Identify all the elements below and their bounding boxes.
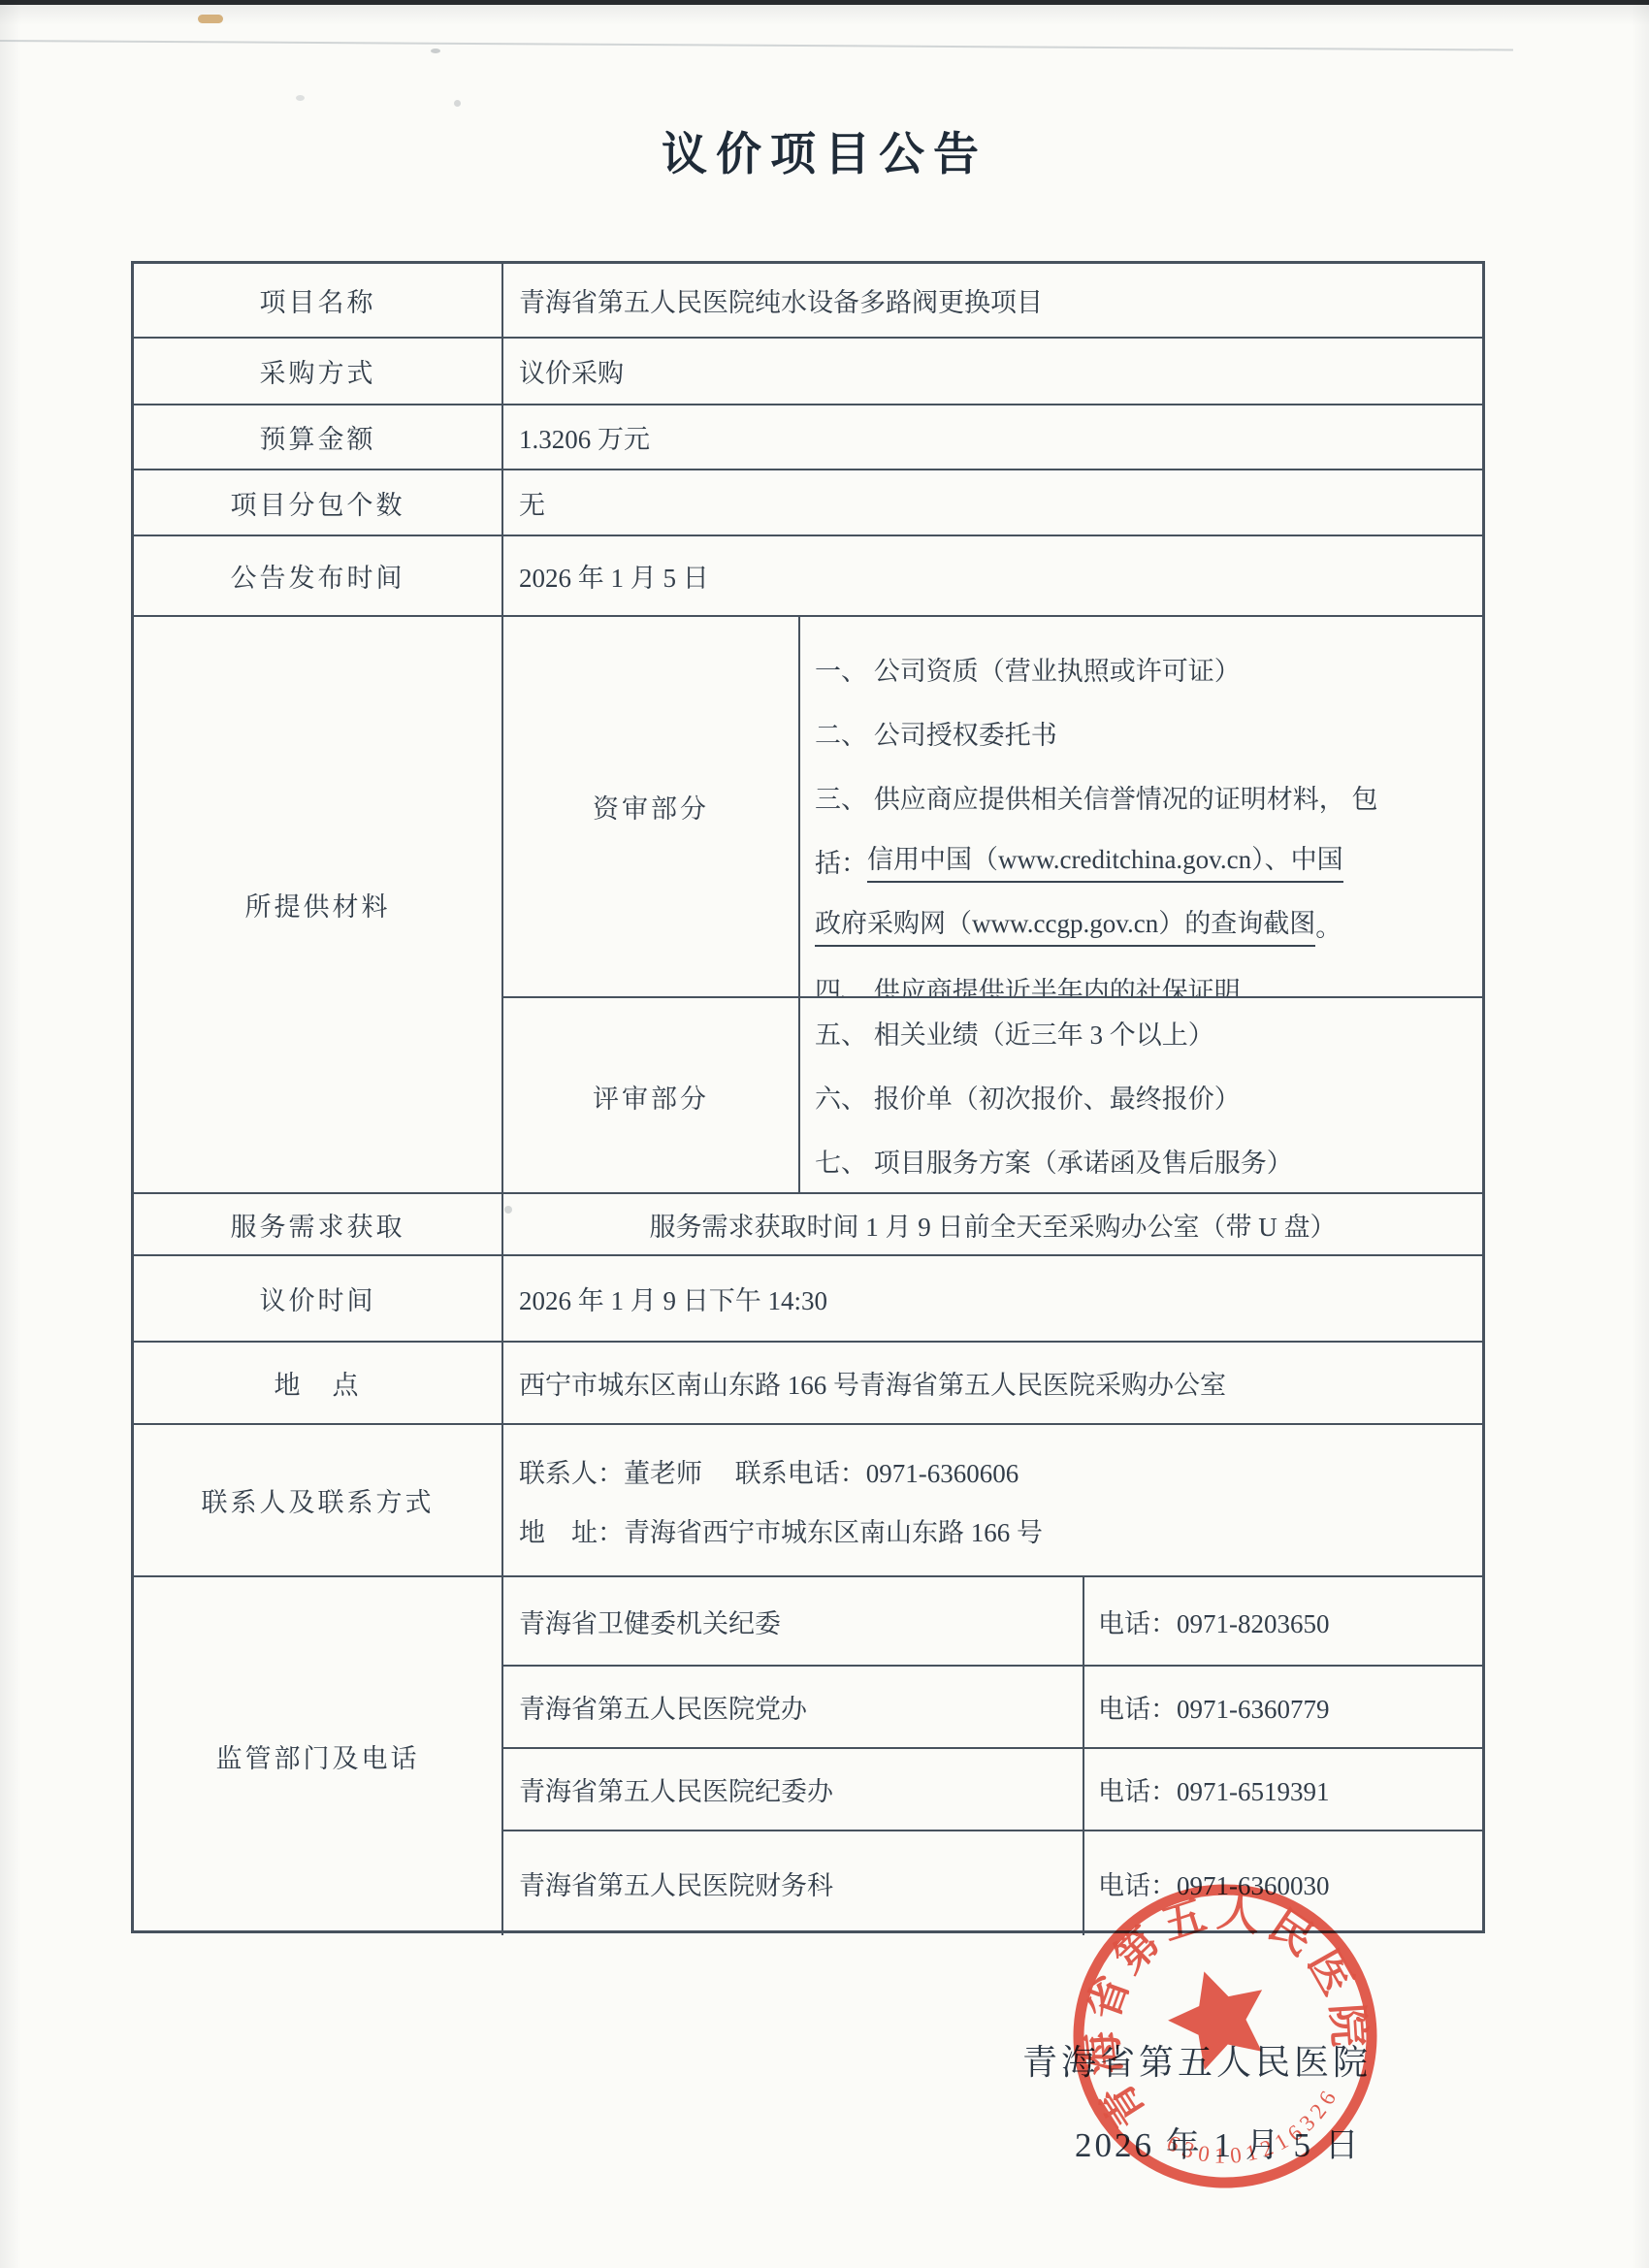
list-item: 三、 供应商应提供相关信誉情况的证明材料， 包 bbox=[815, 764, 1482, 828]
qualification-section-label: 资审部分 bbox=[503, 617, 800, 996]
table-row-contact: 联系人及联系方式 联系人：董老师 联系电话：0971-6360606 地 址：青… bbox=[134, 1425, 1482, 1577]
list-item: 七、 项目服务方案（承诺函及售后服务） bbox=[815, 1128, 1482, 1192]
row-value-subpackages: 无 bbox=[503, 470, 1482, 535]
row-label-project-name: 项目名称 bbox=[134, 264, 503, 337]
materials-evaluation-section: 评审部分 五、 相关业绩（近三年 3 个以上） 六、 报价单（初次报价、最终报价… bbox=[503, 996, 1482, 1194]
scan-speck bbox=[454, 100, 461, 107]
supervision-phone: 电话：0971-6360779 bbox=[1083, 1667, 1482, 1747]
scanned-document-page: 议价项目公告 项目名称 青海省第五人民医院纯水设备多路阀更换项目 采购方式 议价… bbox=[0, 0, 1649, 2268]
table-row-negotiation-time: 议价时间 2026 年 1 月 9 日下午 14:30 bbox=[134, 1256, 1482, 1343]
scan-speck bbox=[296, 95, 305, 101]
table-row-supervision: 监管部门及电话 青海省卫健委机关纪委 电话：0971-8203650 青海省第五… bbox=[134, 1577, 1482, 1935]
supervision-department: 青海省第五人民医院财务科 bbox=[503, 1831, 1083, 1935]
contact-line-person-phone: 联系人：董老师 联系电话：0971-6360606 bbox=[519, 1452, 1018, 1490]
supervision-entry: 青海省第五人民医院纪委办 电话：0971-6519391 bbox=[503, 1749, 1482, 1831]
scan-speck bbox=[198, 15, 223, 23]
list-item: 括： 信用中国（www.creditchina.gov.cn）、中国 bbox=[815, 828, 1482, 892]
supervision-entry: 青海省卫健委机关纪委 电话：0971-8203650 bbox=[503, 1577, 1482, 1667]
list-item: 六、 报价单（初次报价、最终报价） bbox=[815, 1064, 1482, 1128]
table-row-materials: 所提供材料 资审部分 一、 公司资质（营业执照或许可证） 二、 公司授权委托书 … bbox=[134, 617, 1482, 1194]
supervision-department: 青海省第五人民医院党办 bbox=[503, 1667, 1083, 1747]
row-value-procurement-method: 议价采购 bbox=[503, 339, 1482, 404]
row-label-supervision: 监管部门及电话 bbox=[134, 1577, 503, 1935]
row-value-budget: 1.3206 万元 bbox=[503, 405, 1482, 469]
row-label-subpackages: 项目分包个数 bbox=[134, 470, 503, 535]
list-item: 一、 公司资质（营业执照或许可证） bbox=[815, 636, 1482, 700]
supervision-entry: 青海省第五人民医院党办 电话：0971-6360779 bbox=[503, 1667, 1482, 1749]
scan-line-artifact bbox=[0, 40, 1513, 51]
row-value-contact: 联系人：董老师 联系电话：0971-6360606 地 址：青海省西宁市城东区南… bbox=[503, 1425, 1482, 1575]
table-row-publish-date: 公告发布时间 2026 年 1 月 5 日 bbox=[134, 536, 1482, 617]
scan-speck bbox=[431, 49, 440, 53]
row-label-negotiation-time: 议价时间 bbox=[134, 1256, 503, 1341]
row-label-budget: 预算金额 bbox=[134, 405, 503, 469]
materials-subtable: 资审部分 一、 公司资质（营业执照或许可证） 二、 公司授权委托书 三、 供应商… bbox=[503, 617, 1482, 1192]
supervision-department: 青海省第五人民医院纪委办 bbox=[503, 1749, 1083, 1830]
table-row-budget: 预算金额 1.3206 万元 bbox=[134, 405, 1482, 470]
issuer-signature: 青海省第五人民医院 bbox=[1022, 2035, 1372, 2085]
table-row-subpackages: 项目分包个数 无 bbox=[134, 470, 1482, 536]
list-item: 政府采购网（www.ccgp.gov.cn）的查询截图。 bbox=[815, 892, 1482, 956]
row-value-service-requirement: 服务需求获取时间 1 月 9 日前全天至采购办公室（带 U 盘） bbox=[503, 1194, 1482, 1254]
evaluation-item-list: 五、 相关业绩（近三年 3 个以上） 六、 报价单（初次报价、最终报价） 七、 … bbox=[800, 998, 1482, 1194]
row-value-project-name: 青海省第五人民医院纯水设备多路阀更换项目 bbox=[503, 264, 1482, 337]
qualification-item-list: 一、 公司资质（营业执照或许可证） 二、 公司授权委托书 三、 供应商应提供相关… bbox=[800, 617, 1482, 996]
table-row-service-requirement: 服务需求获取 服务需求获取时间 1 月 9 日前全天至采购办公室（带 U 盘） bbox=[134, 1194, 1482, 1256]
supervision-phone: 电话：0971-6360030 bbox=[1083, 1831, 1482, 1935]
supervision-subtable: 青海省卫健委机关纪委 电话：0971-8203650 青海省第五人民医院党办 电… bbox=[503, 1577, 1482, 1935]
table-row-location: 地 点 西宁市城东区南山东路 166 号青海省第五人民医院采购办公室 bbox=[134, 1343, 1482, 1425]
row-label-procurement-method: 采购方式 bbox=[134, 339, 503, 404]
contact-line-address: 地 址：青海省西宁市城东区南山东路 166 号 bbox=[519, 1511, 1043, 1549]
table-row-procurement-method: 采购方式 议价采购 bbox=[134, 339, 1482, 405]
scan-edge-artifact bbox=[0, 0, 1649, 5]
announcement-table: 项目名称 青海省第五人民医院纯水设备多路阀更换项目 采购方式 议价采购 预算金额… bbox=[131, 261, 1485, 1933]
table-row-project-name: 项目名称 青海省第五人民医院纯水设备多路阀更换项目 bbox=[134, 264, 1482, 339]
supervision-phone: 电话：0971-8203650 bbox=[1083, 1577, 1482, 1665]
materials-qualification-section: 资审部分 一、 公司资质（营业执照或许可证） 二、 公司授权委托书 三、 供应商… bbox=[503, 617, 1482, 996]
supervision-department: 青海省卫健委机关纪委 bbox=[503, 1577, 1083, 1665]
evaluation-section-label: 评审部分 bbox=[503, 998, 800, 1194]
page-title: 议价项目公告 bbox=[0, 118, 1649, 183]
list-item: 四、 供应商提供近半年内的社保证明 bbox=[815, 956, 1482, 996]
row-value-publish-date: 2026 年 1 月 5 日 bbox=[503, 536, 1482, 615]
supervision-phone: 电话：0971-6519391 bbox=[1083, 1749, 1482, 1830]
row-label-location: 地 点 bbox=[134, 1343, 503, 1423]
row-label-materials: 所提供材料 bbox=[134, 617, 503, 1192]
row-label-publish-date: 公告发布时间 bbox=[134, 536, 503, 615]
row-value-location: 西宁市城东区南山东路 166 号青海省第五人民医院采购办公室 bbox=[503, 1343, 1482, 1423]
list-item: 五、 相关业绩（近三年 3 个以上） bbox=[815, 1000, 1482, 1064]
row-label-service-requirement: 服务需求获取 bbox=[134, 1194, 503, 1254]
row-label-contact: 联系人及联系方式 bbox=[134, 1425, 503, 1575]
row-value-negotiation-time: 2026 年 1 月 9 日下午 14:30 bbox=[503, 1256, 1482, 1341]
list-item: 二、 公司授权委托书 bbox=[815, 700, 1482, 764]
issue-date: 2026 年 1 月 5 日 bbox=[1075, 2119, 1362, 2167]
supervision-entry: 青海省第五人民医院财务科 电话：0971-6360030 bbox=[503, 1831, 1482, 1935]
